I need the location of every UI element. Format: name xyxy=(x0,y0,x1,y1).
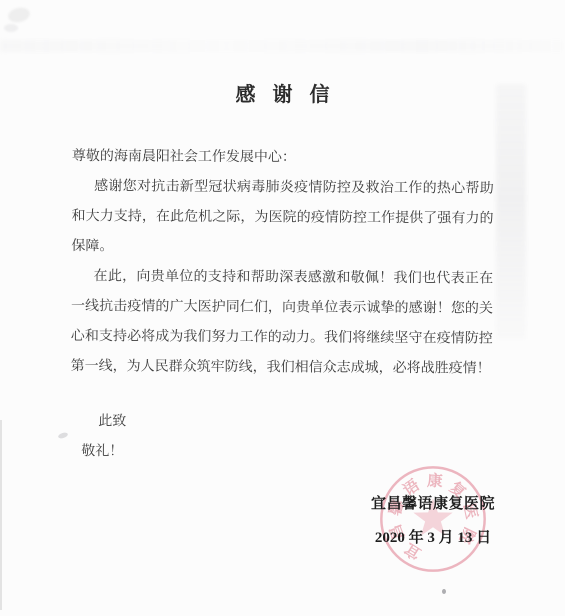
letter-title: 感 谢 信 xyxy=(0,78,565,107)
closing-salute: 此致 xyxy=(70,407,492,440)
signature-name: 宜昌馨语康复医院 xyxy=(371,492,495,513)
salutation: 尊敬的海南晨阳社会工作发展中心： xyxy=(72,142,494,175)
letter-body: 尊敬的海南晨阳社会工作发展中心： 感谢您对抗击新型冠状病毒肺炎疫情防控及救治工作… xyxy=(70,142,494,470)
closing-respect: 敬礼！ xyxy=(70,437,492,470)
signature-block: 宜昌馨语康复医院 2020 年 3 月 13 日 xyxy=(371,492,495,547)
scan-artifact-dot xyxy=(442,589,446,594)
scan-artifact-edge-line xyxy=(0,420,2,610)
paragraph-1: 感谢您对抗击新型冠状病毒肺炎疫情防控及救治工作的热心帮助和大力支持，在此危机之际… xyxy=(71,172,494,265)
scan-artifact-band xyxy=(0,40,565,52)
paragraph-2: 在此，向贵单位的支持和帮助深表感激和敬佩！我们也代表正在一线抗击疫情的广大医护同… xyxy=(71,262,494,385)
scan-artifact-smudge xyxy=(7,6,31,24)
signature-date: 2020 年 3 月 13 日 xyxy=(371,526,495,547)
seal-ring-char: 康 xyxy=(427,471,444,491)
scan-artifact-smudge xyxy=(4,24,18,32)
scan-artifact-mark xyxy=(57,432,68,440)
scanned-letter-page: 感 谢 信 尊敬的海南晨阳社会工作发展中心： 感谢您对抗击新型冠状病毒肺炎疫情防… xyxy=(0,0,565,616)
scan-artifact-streak xyxy=(496,84,526,339)
